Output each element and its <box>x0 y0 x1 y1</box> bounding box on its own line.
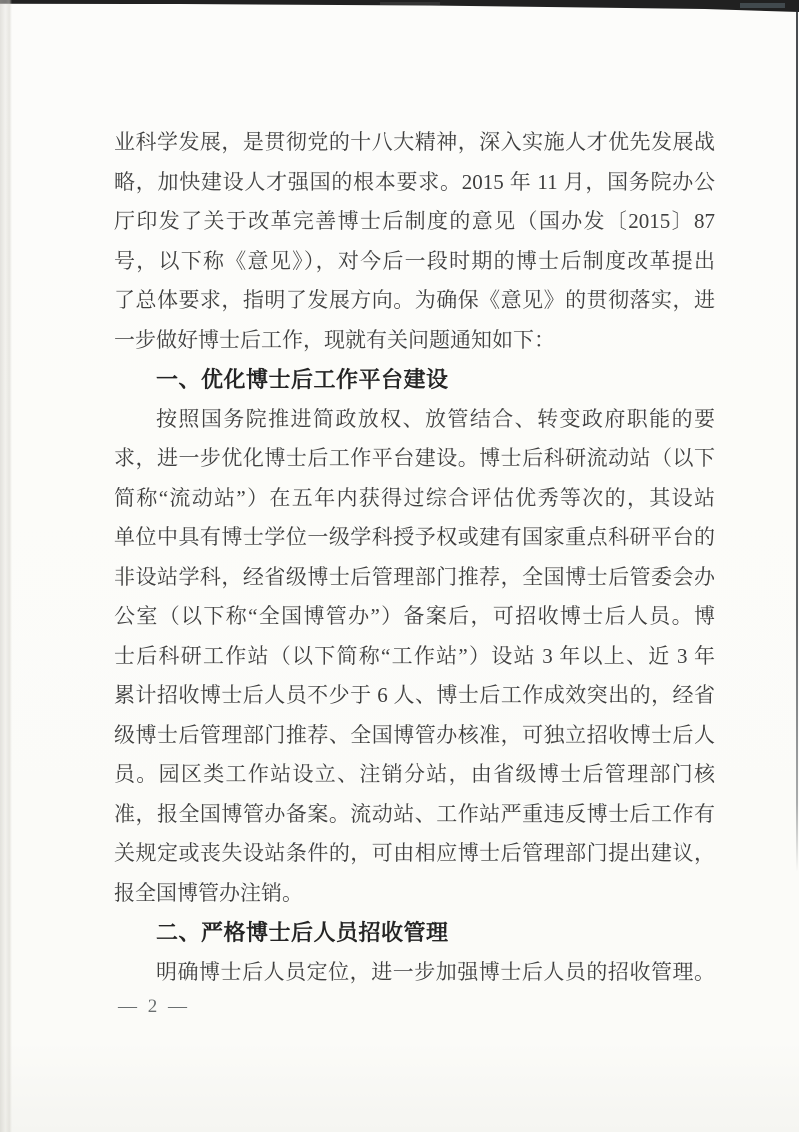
document-body: 业科学发展，是贯彻党的十八大精神，深入实施人才优先发展战 略，加快建设人才强国的… <box>114 123 715 992</box>
text-line: 求，进一步优化博士后工作平台建设。博士后科研流动站（以下 <box>114 439 715 479</box>
text-line: 号，以下称《意见》），对今后一段时期的博士后制度改革提出 <box>114 242 715 282</box>
text-line: 累计招收博士后人员不少于 6 人、博士后工作成效突出的，经省 <box>114 676 715 716</box>
text-line: 士后科研工作站（以下简称“工作站”）设站 3 年以上、近 3 年 <box>114 637 715 677</box>
text-line: 业科学发展，是贯彻党的十八大精神，深入实施人才优先发展战 <box>114 123 715 163</box>
text-line: 一步做好博士后工作，现就有关问题通知如下： <box>114 321 715 361</box>
scan-left-edge-shadow <box>0 0 12 1132</box>
text-line: 准，报全国博管办备案。流动站、工作站严重违反博士后工作有 <box>114 795 715 835</box>
text-line: 关规定或丧失设站条件的，可由相应博士后管理部门提出建议， <box>114 834 715 874</box>
text-line: 报全国博管办注销。 <box>114 874 715 914</box>
text-line: 略，加快建设人才强国的根本要求。2015 年 11 月，国务院办公 <box>114 163 715 203</box>
scan-right-edge-line <box>796 10 798 872</box>
text-line: 了总体要求，指明了发展方向。为确保《意见》的贯彻落实，进 <box>114 281 715 321</box>
text-line: 员。园区类工作站设立、注销分站，由省级博士后管理部门核 <box>114 755 715 795</box>
scan-top-edge-artifact <box>0 0 799 14</box>
section-1-heading: 一、优化博士后工作平台建设 <box>114 360 715 400</box>
text-line: 明确博士后人员定位，进一步加强博士后人员的招收管理。 <box>114 953 715 993</box>
section-2-heading: 二、严格博士后人员招收管理 <box>114 913 715 953</box>
text-line: 按照国务院推进简政放权、放管结合、转变政府职能的要 <box>114 400 715 440</box>
text-line: 级博士后管理部门推荐、全国博管办核准，可独立招收博士后人 <box>114 716 715 756</box>
page-number: — 2 — <box>118 994 190 1020</box>
text-line: 厅印发了关于改革完善博士后制度的意见（国办发〔2015〕87 <box>114 202 715 242</box>
text-line: 非设站学科，经省级博士后管理部门推荐，全国博士后管委会办 <box>114 558 715 598</box>
text-line: 单位中具有博士学位一级学科授予权或建有国家重点科研平台的 <box>114 518 715 558</box>
text-line: 简称“流动站”）在五年内获得过综合评估优秀等次的，其设站 <box>114 479 715 519</box>
text-line: 公室（以下称“全国博管办”）备案后，可招收博士后人员。博 <box>114 597 715 637</box>
scanned-page: 业科学发展，是贯彻党的十八大精神，深入实施人才优先发展战 略，加快建设人才强国的… <box>0 0 799 1132</box>
